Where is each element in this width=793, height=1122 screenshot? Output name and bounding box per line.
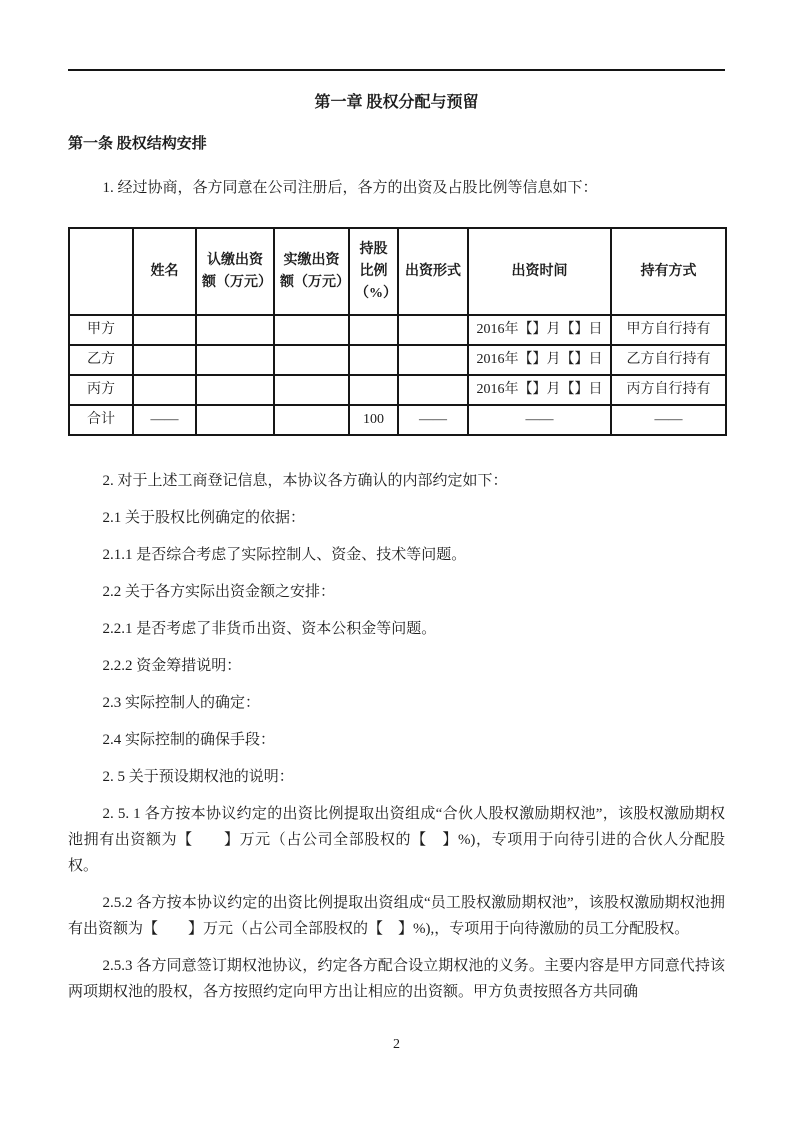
clause-2-1-1: 2.1.1 是否综合考虑了实际控制人、资金、技术等问题。 — [68, 542, 725, 568]
table-cell — [349, 375, 398, 405]
clause-2-2-2: 2.2.2 资金筹措说明： — [68, 653, 725, 679]
table-cell: 甲方 — [69, 315, 133, 345]
page-number: 2 — [0, 1036, 793, 1054]
table-row-party-c: 丙方 2016年【】月【】日 丙方自行持有 — [69, 375, 726, 405]
table-row-party-a: 甲方 2016年【】月【】日 甲方自行持有 — [69, 315, 726, 345]
table-cell: 2016年【】月【】日 — [468, 315, 611, 345]
clause-2-5: 2. 5 关于预设期权池的说明： — [68, 764, 725, 790]
chapter-title: 第一章 股权分配与预留 — [68, 91, 725, 114]
equity-table-header: 姓名 认缴出资额（万元） 实缴出资额（万元） 持股比例（%） 出资形式 出资时间… — [69, 228, 726, 315]
equity-table: 姓名 认缴出资额（万元） 实缴出资额（万元） 持股比例（%） 出资形式 出资时间… — [68, 227, 727, 436]
table-cell — [196, 405, 274, 435]
clause-2-2-1: 2.2.1 是否考虑了非货币出资、资本公积金等问题。 — [68, 616, 725, 642]
table-cell — [196, 375, 274, 405]
table-cell: 2016年【】月【】日 — [468, 375, 611, 405]
section-heading: 第一条 股权结构安排 — [68, 133, 725, 155]
table-cell — [274, 375, 349, 405]
table-cell: —— — [468, 405, 611, 435]
clause-2-5-1: 2. 5. 1 各方按本协议约定的出资比例提取出资组成“合伙人股权激励期权池”，… — [68, 801, 725, 879]
clause-2-2: 2.2 关于各方实际出资金额之安排： — [68, 579, 725, 605]
table-cell — [133, 375, 196, 405]
clauses-section: 2. 对于上述工商登记信息，本协议各方确认的内部约定如下： 2.1 关于股权比例… — [68, 468, 725, 1005]
header-cell-holding-method: 持有方式 — [611, 228, 726, 315]
header-cell-contribution-time: 出资时间 — [468, 228, 611, 315]
intro-paragraph: 1. 经过协商，各方同意在公司注册后，各方的出资及占股比例等信息如下： — [68, 175, 725, 201]
clause-2-1: 2.1 关于股权比例确定的依据： — [68, 505, 725, 531]
table-cell — [274, 405, 349, 435]
table-cell — [398, 375, 468, 405]
table-cell: 乙方自行持有 — [611, 345, 726, 375]
header-cell-name: 姓名 — [133, 228, 196, 315]
clause-2-5-3: 2.5.3 各方同意签订期权池协议，约定各方配合设立期权池的义务。主要内容是甲方… — [68, 953, 725, 1005]
header-cell-subscribed-capital: 认缴出资额（万元） — [196, 228, 274, 315]
table-cell — [349, 315, 398, 345]
clause-2-5-2: 2.5.2 各方按本协议约定的出资比例提取出资组成“员工股权激励期权池”，该股权… — [68, 890, 725, 942]
table-row-party-b: 乙方 2016年【】月【】日 乙方自行持有 — [69, 345, 726, 375]
clause-2-4: 2.4 实际控制的确保手段： — [68, 727, 725, 753]
table-cell: 丙方自行持有 — [611, 375, 726, 405]
table-cell: —— — [133, 405, 196, 435]
table-cell: 100 — [349, 405, 398, 435]
table-cell — [349, 345, 398, 375]
header-cell-share-ratio: 持股比例（%） — [349, 228, 398, 315]
header-cell-paid-capital: 实缴出资额（万元） — [274, 228, 349, 315]
table-cell — [274, 345, 349, 375]
header-cell-blank — [69, 228, 133, 315]
table-row-total: 合计 —— 100 —— —— —— — [69, 405, 726, 435]
table-cell: 丙方 — [69, 375, 133, 405]
table-cell: 乙方 — [69, 345, 133, 375]
table-cell — [274, 315, 349, 345]
header-cell-contribution-form: 出资形式 — [398, 228, 468, 315]
clause-2-3: 2.3 实际控制人的确定： — [68, 690, 725, 716]
table-cell — [196, 345, 274, 375]
table-cell — [133, 315, 196, 345]
document-page: 第一章 股权分配与预留 第一条 股权结构安排 1. 经过协商，各方同意在公司注册… — [0, 0, 793, 1122]
table-cell — [398, 345, 468, 375]
clause-2: 2. 对于上述工商登记信息，本协议各方确认的内部约定如下： — [68, 468, 725, 494]
table-cell: 甲方自行持有 — [611, 315, 726, 345]
table-cell: —— — [611, 405, 726, 435]
table-cell — [398, 315, 468, 345]
table-cell — [196, 315, 274, 345]
table-cell — [133, 345, 196, 375]
table-cell: —— — [398, 405, 468, 435]
table-cell: 合计 — [69, 405, 133, 435]
table-cell: 2016年【】月【】日 — [468, 345, 611, 375]
header-rule — [68, 69, 725, 71]
